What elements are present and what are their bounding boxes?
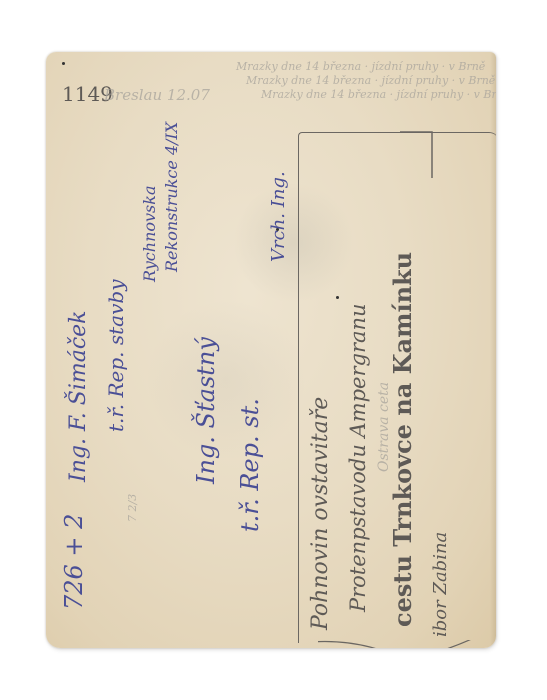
faint-note: Mrazky dne 14 března · jízdní pruhy · v … — [261, 88, 496, 101]
title-line: t.ř. Rep. st. — [236, 398, 264, 532]
faint-note: Mrazky dne 14 března · jízdní pruhy · v … — [246, 74, 495, 87]
bracket-corner — [398, 128, 438, 188]
box-line: ibor Zabina — [430, 532, 451, 637]
box-line: cestu Trnkovce na Kamínku — [388, 252, 417, 627]
box-line: Protenpstavodu Ampergranu — [346, 303, 370, 612]
name-line: Ing. Šťastný — [192, 337, 220, 484]
handwritten-card: Mrazky dne 14 března · jízdní pruhy · v … — [46, 52, 496, 648]
faint-date: Breslau 12.07 — [104, 86, 210, 104]
note-line: Rekonstrukce 4/IX — [162, 122, 181, 272]
left-number: 726 + 2 — [60, 514, 88, 610]
box-line: Pohnovin ovstavitaře — [308, 397, 333, 630]
name-line: Ing. F. Šimáček — [66, 310, 91, 482]
pin-hole — [62, 62, 65, 65]
title-line: t.ř. Rep. stavby — [104, 279, 128, 432]
note-line: Vrch. Ing. — [268, 171, 289, 262]
box-bottom-line — [298, 640, 496, 648]
fraction-note: 7 2/3 — [126, 494, 139, 522]
note-line: Rychnovska — [140, 186, 159, 283]
faint-note: Mrazky dne 14 března · jízdní pruhy · v … — [236, 60, 485, 73]
